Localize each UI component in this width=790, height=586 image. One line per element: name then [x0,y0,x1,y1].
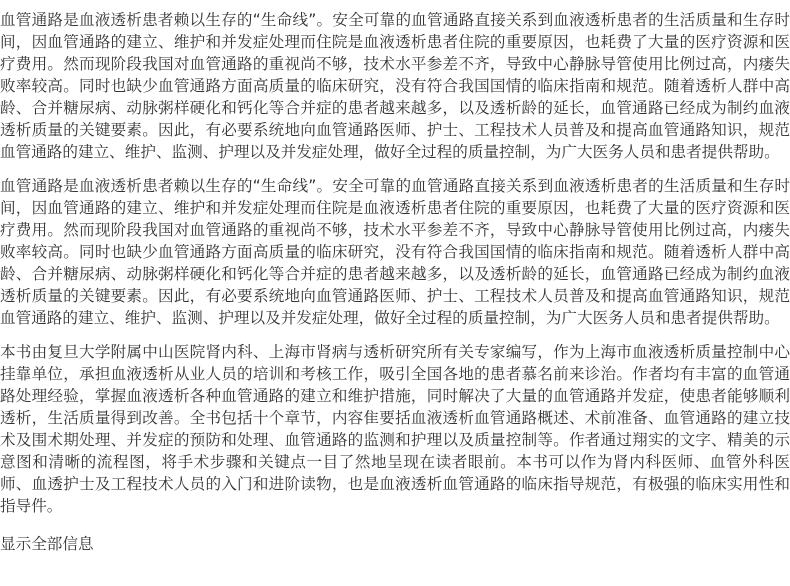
description-paragraph-1: 血管通路是血液透析患者赖以生存的“生命线”。安全可靠的血管通路直接关系到血液透析… [0,9,790,163]
show-all-info-link[interactable]: 显示全部信息 [0,533,94,555]
description-paragraph-3: 本书由复旦大学附属中山医院肾内科、上海市肾病与透析研究所有关专家编写，作为上海市… [0,341,790,517]
description-paragraph-2: 血管通路是血液透析患者赖以生存的“生命线”。安全可靠的血管通路直接关系到血液透析… [0,175,790,329]
book-description: 血管通路是血液透析患者赖以生存的“生命线”。安全可靠的血管通路直接关系到血液透析… [0,0,790,555]
